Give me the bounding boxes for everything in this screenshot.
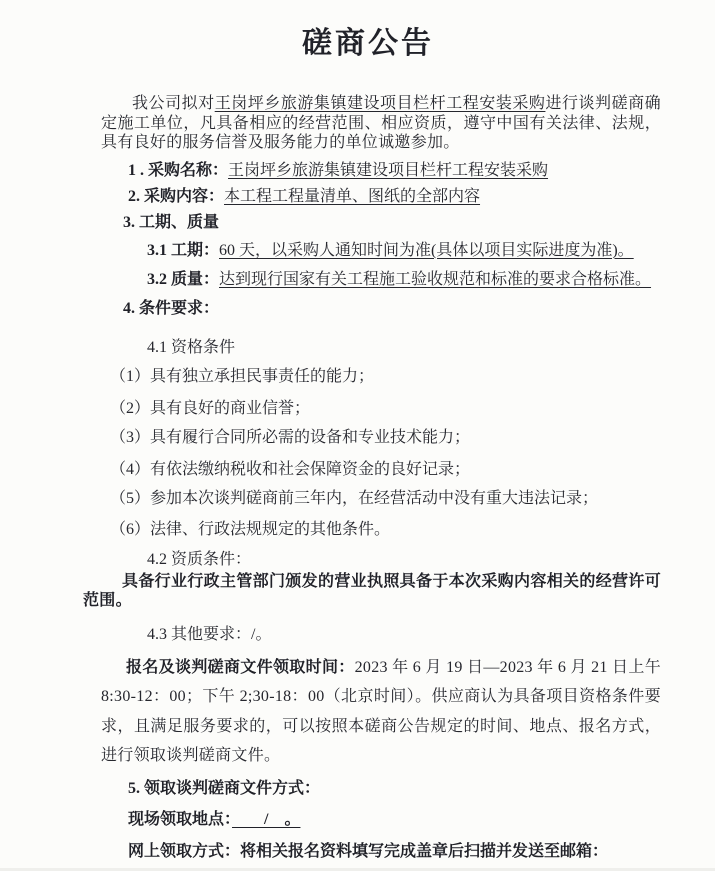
document-content: 磋商公告 我公司拟对王岗坪乡旅游集镇建设项目栏杆工程安装采购进行谈判磋商确定施工… bbox=[0, 0, 715, 861]
onsite-pickup-label: 现场领取地点： bbox=[128, 811, 232, 828]
online-pickup-body: 将相关报名资料填写完成盖章后扫描并发送至邮箱： bbox=[240, 843, 608, 860]
qualification-condition-1: （1）具有独立承担民事责任的能力； bbox=[110, 367, 661, 386]
item-4-2-body: 具备行业行政主管部门颁发的营业执照具备于本次采购内容相关的经营许可范围。 bbox=[83, 572, 661, 610]
item-4-3-line: 4.3 其他要求：/。 bbox=[147, 625, 661, 644]
item-1-procurement-name: 1 . 采购名称：王岗坪乡旅游集镇建设项目栏杆工程安装采购 bbox=[128, 161, 661, 180]
item-4-heading: 4. 条件要求： bbox=[123, 299, 661, 318]
item-5-heading: 5. 领取谈判磋商文件方式： bbox=[128, 779, 661, 798]
onsite-pickup-value: / 。 bbox=[232, 811, 300, 828]
item-4-1-heading: 4.1 资格条件 bbox=[147, 338, 661, 357]
onsite-pickup-line: 现场领取地点： / 。 bbox=[128, 810, 661, 829]
item-4-heading-text: 4. 条件要求： bbox=[123, 300, 219, 317]
qualification-condition-5: （5）参加本次谈判磋商前三年内，在经营活动中没有重大违法记录； bbox=[110, 489, 661, 508]
item-3-2-quality: 3.2 质量：达到现行国家有关工程施工验收规范和标准的要求合格标准。 bbox=[147, 270, 661, 289]
online-pickup-label: 网上领取方式： bbox=[128, 843, 240, 860]
scanned-announcement-page: 磋商公告 我公司拟对王岗坪乡旅游集镇建设项目栏杆工程安装采购进行谈判磋商确定施工… bbox=[0, 0, 715, 871]
item-3-1-label: 3.1 工期： bbox=[147, 242, 219, 259]
item-3-2-label: 3.2 质量： bbox=[147, 271, 219, 288]
item-3-heading-text: 3. 工期、质量 bbox=[123, 214, 219, 231]
intro-paragraph: 我公司拟对王岗坪乡旅游集镇建设项目栏杆工程安装采购进行谈判磋商确定施工单位，凡具… bbox=[101, 94, 661, 153]
item-2-label: 2. 采购内容： bbox=[128, 188, 224, 205]
item-3-1-value: 60 天，以采购人通知时间为准(具体以项目实际进度为准)。 bbox=[219, 242, 634, 259]
item-1-label: 1 . 采购名称： bbox=[128, 162, 228, 179]
qualification-condition-4: （4）有依法缴纳税收和社会保障资金的良好记录； bbox=[110, 460, 661, 479]
item-3-heading: 3. 工期、质量 bbox=[123, 213, 661, 232]
item-3-1-duration: 3.1 工期：60 天，以采购人通知时间为准(具体以项目实际进度为准)。 bbox=[147, 241, 661, 260]
online-pickup-line: 网上领取方式：将相关报名资料填写完成盖章后扫描并发送至邮箱： bbox=[128, 842, 661, 861]
registration-time-paragraph: 报名及谈判磋商文件领取时间：2023 年 6 月 19 日—2023 年 6 月… bbox=[101, 653, 661, 771]
qualification-condition-2: （2）具有良好的商业信誉； bbox=[110, 399, 661, 418]
item-2-value: 本工程工程量清单、图纸的全部内容 bbox=[224, 188, 480, 205]
intro-project-name: 王岗坪乡旅游集镇建设项目栏杆工程安装采购 bbox=[215, 95, 546, 112]
item-4-2-heading: 4.2 资质条件： bbox=[147, 550, 661, 569]
item-1-value: 王岗坪乡旅游集镇建设项目栏杆工程安装采购 bbox=[228, 162, 548, 179]
item-5-heading-text: 5. 领取谈判磋商文件方式： bbox=[128, 780, 320, 797]
qualification-condition-3: （3）具有履行合同所必需的设备和专业技术能力； bbox=[110, 428, 661, 447]
item-2-procurement-content: 2. 采购内容：本工程工程量清单、图纸的全部内容 bbox=[128, 187, 661, 206]
page-title: 磋商公告 bbox=[88, 24, 648, 64]
item-3-2-value: 达到现行国家有关工程施工验收规范和标准的要求合格标准。 bbox=[219, 271, 651, 288]
intro-prefix: 我公司拟对 bbox=[132, 95, 215, 112]
qualification-condition-6: （6）法律、行政法规规定的其他条件。 bbox=[110, 520, 661, 539]
registration-time-label: 报名及谈判磋商文件领取时间： bbox=[126, 659, 355, 676]
